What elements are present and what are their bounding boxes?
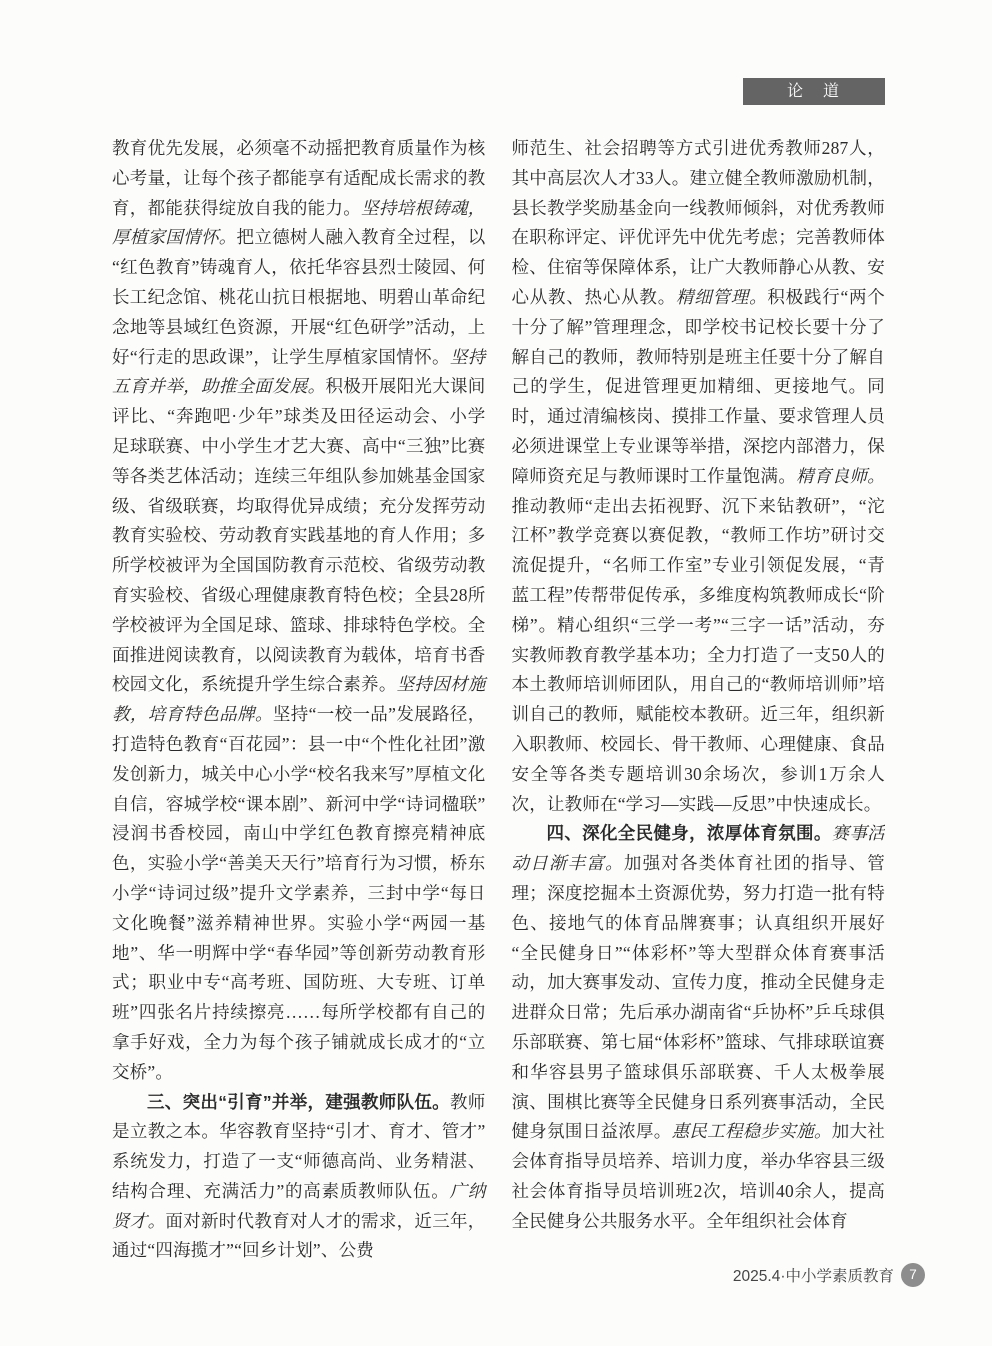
page-number-badge: 7 bbox=[901, 1263, 925, 1287]
paragraph: 师范生、社会招聘等方式引进优秀教师287人，其中高层次人才33人。建立健全教师激… bbox=[512, 134, 886, 819]
journal-page: 论 道 教育优先发展，必须毫不动摇把教育质量作为核心考量，让每个孩子都能享有适配… bbox=[0, 0, 992, 1346]
section-heading: 四、深化全民健身，浓厚体育氛围。 bbox=[547, 823, 832, 843]
article-body: 教育优先发展，必须毫不动摇把教育质量作为核心考量，让每个孩子都能享有适配成长需求… bbox=[112, 134, 885, 1260]
emphasis-run: 精育良师。 bbox=[796, 466, 885, 486]
right-column: 师范生、社会招聘等方式引进优秀教师287人，其中高层次人才33人。建立健全教师激… bbox=[512, 134, 886, 1260]
text-run: 面对新时代教育对人才的需求，近三年，通过“四海揽才”“回乡计划”、公费 bbox=[112, 1211, 486, 1260]
text-run: 积极开展阳光大课间评比、“奔跑吧·少年”球类及田径运动会、小学足球联赛、中小学生… bbox=[112, 376, 486, 694]
emphasis-run: 精细管理。 bbox=[676, 287, 767, 307]
text-run: 把立德树人融入教育全过程，以“红色教育”铸魂育人，依托华容县烈士陵园、何长工纪念… bbox=[112, 227, 486, 366]
paragraph: 四、深化全民健身，浓厚体育氛围。赛事活动日渐丰富。加强对各类体育社团的指导、管理… bbox=[512, 819, 886, 1236]
section-badge: 论 道 bbox=[743, 78, 885, 105]
text-run: 推动教师“走出去拓视野、沉下来钻教研”，“沱江杯”教学竞赛以赛促教，“教师工作坊… bbox=[512, 496, 886, 814]
footer-issue-label: 2025.4·中小学素质教育 bbox=[733, 1264, 894, 1286]
page-footer: 2025.4·中小学素质教育 7 bbox=[733, 1263, 925, 1287]
section-heading: 三、突出“引育”并举，建强教师队伍。 bbox=[147, 1092, 450, 1112]
paragraph: 三、突出“引育”并举，建强教师队伍。教师是立教之本。华容教育坚持“引才、育才、管… bbox=[112, 1088, 486, 1261]
paragraph: 教育优先发展，必须毫不动摇把教育质量作为核心考量，让每个孩子都能享有适配成长需求… bbox=[112, 134, 486, 1088]
text-run: 加强对各类体育社团的指导、管理；深度挖掘本土资源优势，努力打造一批有特色、接地气… bbox=[512, 853, 886, 1141]
text-run: 坚持“一校一品”发展路径，打造特色教育“百花园”：县一中“个性化社团”激发创新力… bbox=[112, 704, 486, 1082]
text-run: 积极践行“两个十分了解”管理理念，即学校书记校长要十分了解自己的教师，教师特别是… bbox=[512, 287, 886, 486]
text-run: 师范生、社会招聘等方式引进优秀教师287人，其中高层次人才33人。建立健全教师激… bbox=[512, 138, 886, 307]
emphasis-run: 惠民工程稳步实施。 bbox=[672, 1121, 832, 1141]
left-column: 教育优先发展，必须毫不动摇把教育质量作为核心考量，让每个孩子都能享有适配成长需求… bbox=[112, 134, 486, 1260]
